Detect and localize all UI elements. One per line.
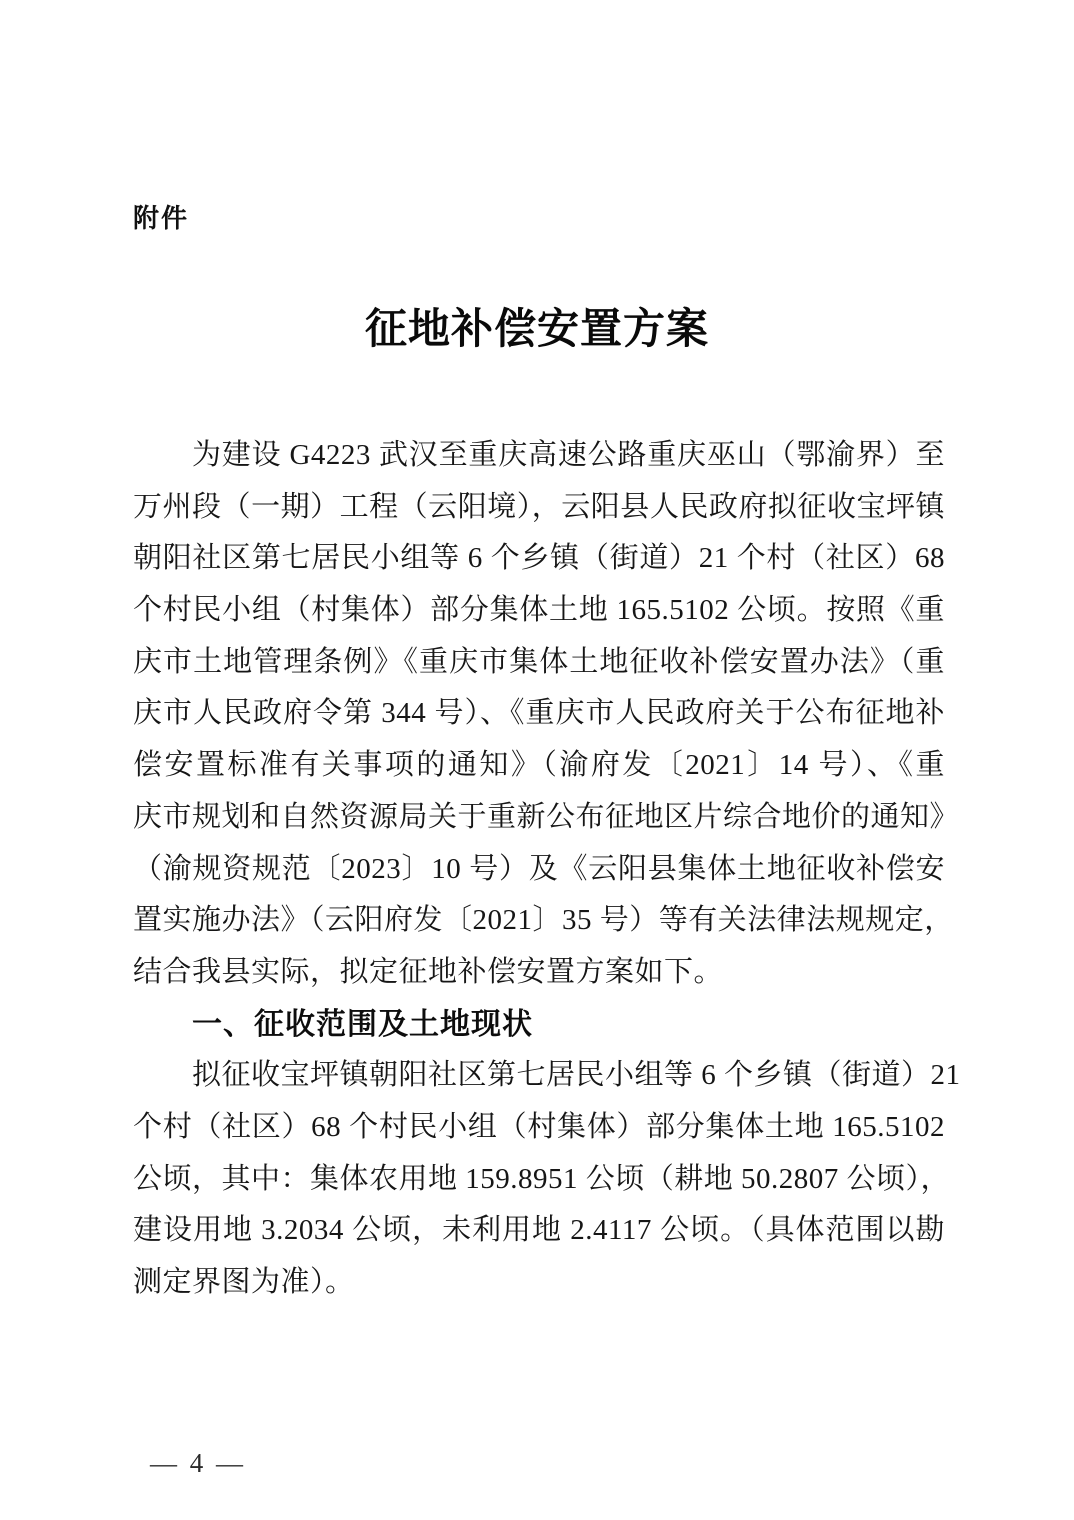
paragraph1-line: 庆市规划和自然资源局关于重新公布征地区片综合地价的通知》	[133, 792, 945, 844]
document-body: 为建设 G4223 武汉至重庆高速公路重庆巫山（鄂渝界）至 万州段（一期）工程（…	[133, 430, 945, 1309]
document-page: 附件 征地补偿安置方案 为建设 G4223 武汉至重庆高速公路重庆巫山（鄂渝界）…	[0, 0, 1074, 1520]
paragraph2-line: 个村（社区）68 个村民小组（村集体）部分集体土地 165.5102	[133, 1102, 945, 1154]
paragraph1-line: 置实施办法》（云阳府发〔2021〕35 号）等有关法律法规规定，	[133, 895, 945, 947]
section1-heading: 一、征收范围及土地现状	[133, 999, 945, 1051]
paragraph1-line: 为建设 G4223 武汉至重庆高速公路重庆巫山（鄂渝界）至	[133, 430, 945, 482]
page-number: — 4 —	[150, 1448, 246, 1479]
paragraph1-line: 庆市土地管理条例》《重庆市集体土地征收补偿安置办法》（重	[133, 637, 945, 689]
paragraph2-line: 公顷，其中：集体农用地 159.8951 公顷（耕地 50.2807 公顷），	[133, 1154, 945, 1206]
paragraph1-line: 偿安置标准有关事项的通知》（渝府发〔2021〕14 号）、《重	[133, 740, 945, 792]
paragraph2-line: 拟征收宝坪镇朝阳社区第七居民小组等 6 个乡镇（街道）21	[133, 1050, 945, 1102]
paragraph2-line: 测定界图为准）。	[133, 1257, 945, 1309]
paragraph1-line: 个村民小组（村集体）部分集体土地 165.5102 公顷。按照《重	[133, 585, 945, 637]
paragraph1-line: 结合我县实际，拟定征地补偿安置方案如下。	[133, 947, 945, 999]
paragraph1-line: 朝阳社区第七居民小组等 6 个乡镇（街道）21 个村（社区）68	[133, 533, 945, 585]
document-title: 征地补偿安置方案	[0, 296, 1074, 356]
paragraph1-line: 万州段（一期）工程（云阳境），云阳县人民政府拟征收宝坪镇	[133, 482, 945, 534]
paragraph1-line: 庆市人民政府令第 344 号）、《重庆市人民政府关于公布征地补	[133, 688, 945, 740]
attachment-label: 附件	[133, 198, 189, 235]
paragraph2-line: 建设用地 3.2034 公顷，未利用地 2.4117 公顷。（具体范围以勘	[133, 1205, 945, 1257]
paragraph1-line: （渝规资规范〔2023〕10 号）及《云阳县集体土地征收补偿安	[133, 844, 945, 896]
